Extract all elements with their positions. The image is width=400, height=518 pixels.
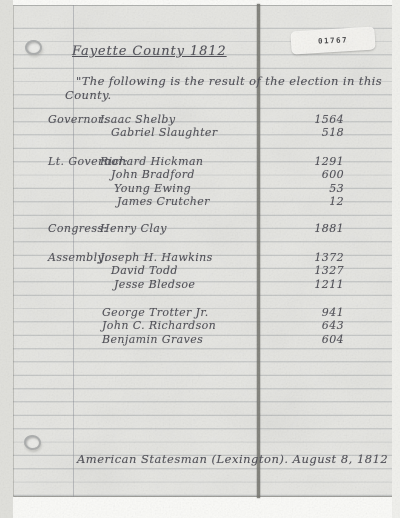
vote-count: 1881 bbox=[288, 222, 344, 235]
quote-line-1: "The following is the result of the elec… bbox=[76, 74, 382, 88]
vote-count: 1372 bbox=[288, 251, 344, 264]
result-row: David Todd1327 bbox=[0, 264, 379, 277]
office-label: Governor: bbox=[48, 113, 108, 126]
candidate-name: Henry Clay bbox=[100, 222, 167, 235]
candidate-name: Richard Hickman bbox=[100, 155, 203, 168]
result-row: John Bradford600 bbox=[0, 168, 379, 181]
candidate-name: George Trotter Jr. bbox=[102, 306, 209, 319]
candidate-name: John Bradford bbox=[111, 168, 195, 181]
vote-count: 1327 bbox=[288, 264, 344, 277]
result-row: John C. Richardson643 bbox=[0, 319, 379, 332]
candidate-name: Young Ewing bbox=[114, 182, 191, 195]
result-row: Jesse Bledsoe1211 bbox=[0, 278, 379, 291]
result-row: Benjamin Graves604 bbox=[0, 333, 379, 346]
candidate-name: Joseph H. Hawkins bbox=[100, 251, 213, 264]
office-label: Congress: bbox=[48, 222, 108, 235]
candidate-name: Benjamin Graves bbox=[102, 333, 203, 346]
page-title: Fayette County 1812 bbox=[72, 44, 227, 59]
result-row: Assembly:Joseph H. Hawkins1372 bbox=[0, 251, 379, 264]
candidate-name: Isaac Shelby bbox=[100, 113, 175, 126]
source-citation: American Statesman (Lexington). August 8… bbox=[77, 452, 388, 466]
result-row: Young Ewing53 bbox=[0, 182, 379, 195]
vote-count: 643 bbox=[288, 319, 344, 332]
scanned-document: 01767 Fayette County 1812 "The following… bbox=[0, 0, 400, 518]
vote-count: 1291 bbox=[288, 155, 344, 168]
vote-count: 518 bbox=[288, 126, 344, 139]
vote-count: 941 bbox=[288, 306, 344, 319]
archival-number: 01767 bbox=[318, 35, 348, 45]
candidate-name: Jesse Bledsoe bbox=[114, 278, 195, 291]
vote-count: 53 bbox=[288, 182, 344, 195]
vote-count: 12 bbox=[288, 195, 344, 208]
result-row: James Crutcher12 bbox=[0, 195, 379, 208]
candidate-name: John C. Richardson bbox=[102, 319, 216, 332]
quote-line-2: County. bbox=[65, 88, 112, 102]
vote-count: 600 bbox=[288, 168, 344, 181]
hole-punch-top bbox=[25, 40, 42, 55]
result-row: Congress:Henry Clay1881 bbox=[0, 222, 379, 235]
vote-count: 1564 bbox=[288, 113, 344, 126]
photocopy-right-edge bbox=[392, 0, 400, 518]
result-row: George Trotter Jr.941 bbox=[0, 306, 379, 319]
result-row: Gabriel Slaughter518 bbox=[0, 126, 379, 139]
result-row: Lt. Governor:Richard Hickman1291 bbox=[0, 155, 379, 168]
candidate-name: James Crutcher bbox=[117, 195, 210, 208]
vote-count: 604 bbox=[288, 333, 344, 346]
result-row: Governor:Isaac Shelby1564 bbox=[0, 113, 379, 126]
candidate-name: Gabriel Slaughter bbox=[111, 126, 218, 139]
candidate-name: David Todd bbox=[111, 264, 178, 277]
vote-count: 1211 bbox=[288, 278, 344, 291]
